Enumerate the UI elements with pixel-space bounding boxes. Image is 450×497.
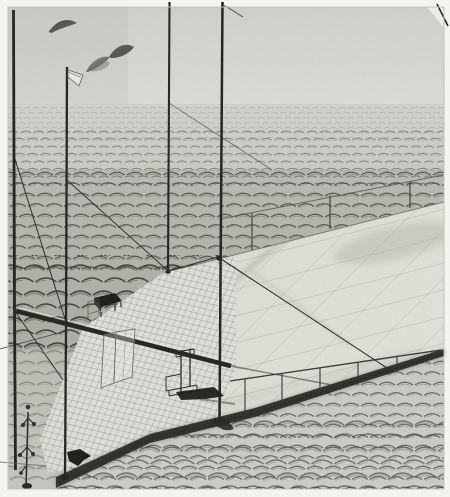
scanned-page <box>0 0 450 497</box>
grain-overlay <box>8 7 444 489</box>
scanned-drawing <box>0 0 450 497</box>
drawing-canvas <box>0 0 450 497</box>
